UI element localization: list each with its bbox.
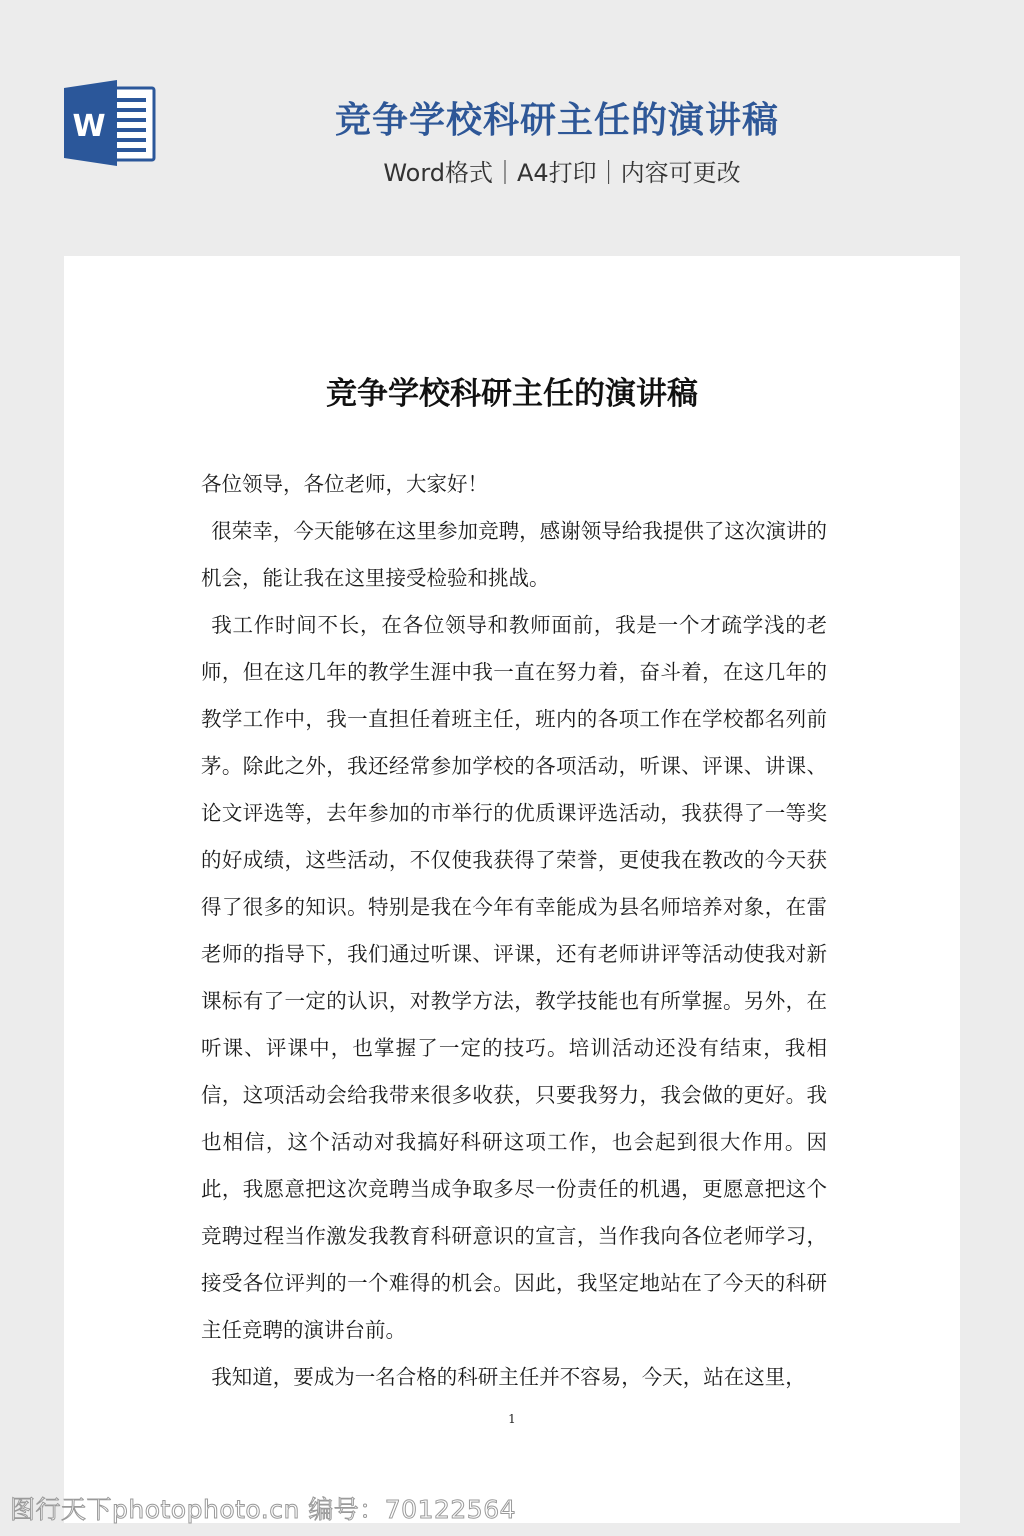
header: W 竞争学校科研主任的演讲稿 Word格式｜A4打印｜内容可更改 [0, 0, 1024, 256]
watermark: 图行天下photophoto.cn 编号：70122564 [10, 1490, 516, 1526]
paragraph-greeting: 各位领导，各位老师，大家好！ [201, 461, 827, 508]
document-title: 竞争学校科研主任的演讲稿 [64, 368, 960, 413]
paragraph: 我工作时间不长，在各位领导和教师面前，我是一个才疏学浅的老师，但在这几年的教学生… [201, 602, 827, 1354]
paragraph: 我知道，要成为一名合格的科研主任并不容易，今天，站在这里， [201, 1354, 827, 1401]
document-page: 竞争学校科研主任的演讲稿 各位领导，各位老师，大家好！ 很荣幸，今天能够在这里参… [64, 256, 960, 1523]
paragraph: 很荣幸，今天能够在这里参加竞聘，感谢领导给我提供了这次演讲的机会，能让我在这里接… [201, 508, 827, 602]
page-number: 1 [64, 1412, 960, 1426]
document-body: 各位领导，各位老师，大家好！ 很荣幸，今天能够在这里参加竞聘，感谢领导给我提供了… [201, 461, 827, 1401]
header-title: 竞争学校科研主任的演讲稿 [0, 92, 1024, 143]
header-subtitle: Word格式｜A4打印｜内容可更改 [0, 153, 1024, 188]
